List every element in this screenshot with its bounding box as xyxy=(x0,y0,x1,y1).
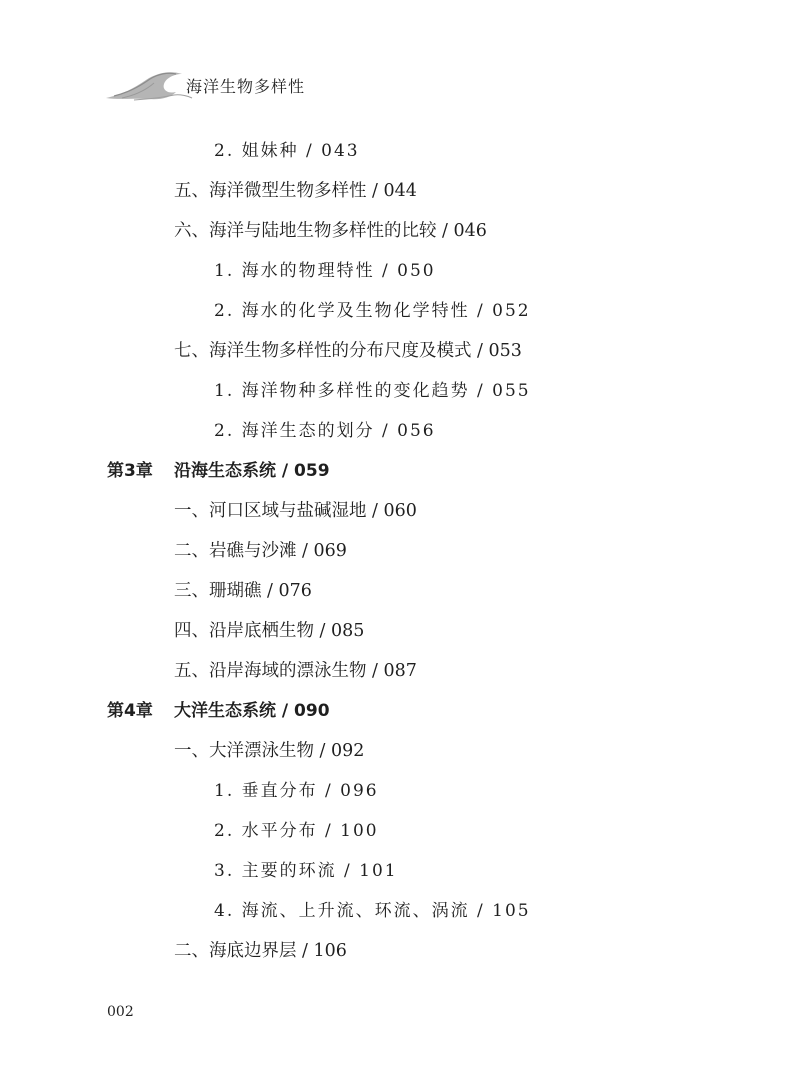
toc-entry: 一、河口区域与盐碱湿地 / 060 xyxy=(174,500,417,522)
toc-entry: 2. 水平分布 / 100 xyxy=(214,820,379,842)
toc-entry: 三、珊瑚礁 / 076 xyxy=(174,580,312,602)
chapter-title: 沿海生态系统 / 059 xyxy=(174,461,330,481)
toc-entry: 1. 垂直分布 / 096 xyxy=(214,780,379,802)
toc-entry: 二、岩礁与沙滩 / 069 xyxy=(174,540,347,562)
toc-entry: 七、海洋生物多样性的分布尺度及模式 / 053 xyxy=(174,340,522,362)
book-title: 海洋生物多样性 xyxy=(186,74,305,97)
toc-entry: 一、大洋漂泳生物 / 092 xyxy=(174,740,364,762)
toc-entry: 1. 海洋物种多样性的变化趋势 / 055 xyxy=(214,380,531,402)
toc-entry: 六、海洋与陆地生物多样性的比较 / 046 xyxy=(174,220,487,242)
toc-entry: 二、海底边界层 / 106 xyxy=(174,940,347,962)
chapter-number: 第3章 xyxy=(107,460,174,482)
chapter-number: 第4章 xyxy=(107,700,174,722)
toc-entry: 1. 海水的物理特性 / 050 xyxy=(214,260,436,282)
toc-entry: 2. 姐妹种 / 043 xyxy=(214,140,360,162)
wave-icon xyxy=(104,68,194,104)
toc-entry: 五、海洋微型生物多样性 / 044 xyxy=(174,180,417,202)
running-header: 海洋生物多样性 xyxy=(104,66,364,106)
toc-entry: 3. 主要的环流 / 101 xyxy=(214,860,398,882)
toc-entry: 五、沿岸海域的漂泳生物 / 087 xyxy=(174,660,417,682)
toc-chapter: 第4章大洋生态系统 / 090 xyxy=(107,700,330,722)
toc-entry: 4. 海流、上升流、环流、涡流 / 105 xyxy=(214,900,531,922)
chapter-title: 大洋生态系统 / 090 xyxy=(174,701,330,721)
page-number: 002 xyxy=(107,1004,134,1020)
toc-entry: 2. 海水的化学及生物化学特性 / 052 xyxy=(214,300,531,322)
toc-chapter: 第3章沿海生态系统 / 059 xyxy=(107,460,330,482)
toc-entry: 2. 海洋生态的划分 / 056 xyxy=(214,420,436,442)
toc-entry: 四、沿岸底栖生物 / 085 xyxy=(174,620,364,642)
